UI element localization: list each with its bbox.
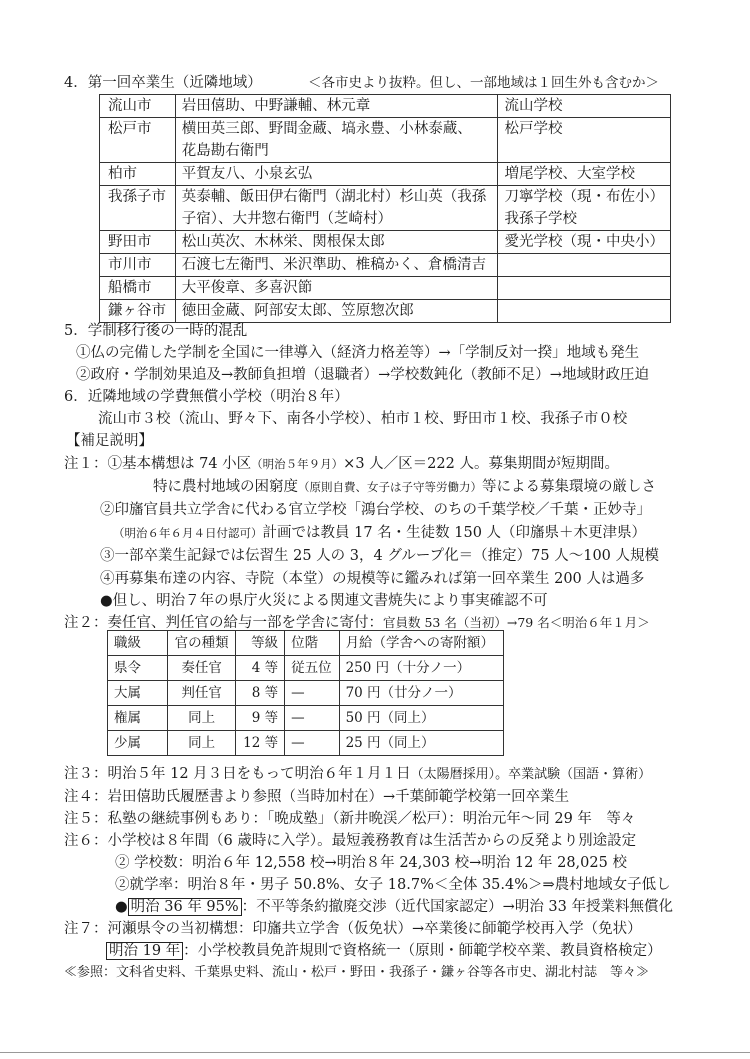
section5-item-2: ②政府・学制効果追及→教師負担増（退職者）→学校数鈍化（教師不足）→地域財政圧迫 — [76, 365, 649, 385]
school-cell: 増尾学校、大室学校 — [498, 163, 671, 186]
note1-line4: （明治６年６月４日付認可）計画では教員 17 名・生徒数 150 人（印旛県＋木… — [113, 523, 646, 543]
note4-line: 注４：岩田僖助氏履歴書より参照（当時加村在）→千葉師範学校第一回卒業生 — [64, 787, 569, 807]
note3-small: （太陽暦採用）。卒業試験（国語・算術） — [411, 767, 652, 782]
graduate-names-line: 花島勘右衛門 — [182, 140, 492, 162]
school-line: 我孫子学校 — [504, 208, 664, 230]
note6-line3: ②就学率：明治８年・男子 50.8%、女子 18.7%＜全体 35.4%＞⇒農村… — [115, 875, 671, 895]
note7-l1: 河瀬県令の当初構想：印旛共立学舎（仮免状）→卒業後に師範学校再入学（免状） — [108, 921, 642, 937]
salary-cell: 奏任官 — [168, 656, 236, 681]
note1-l1-rest: ×3 人／区＝222 人。募集期間が短期間。 — [343, 456, 619, 472]
note4-label: 注４： — [64, 789, 108, 805]
note6-label: 注６： — [64, 833, 108, 849]
bullet-icon: ● — [115, 899, 128, 915]
graduate-names-line: 横田英三郎、野間金蔵、塙永豊、小林泰蔵、 — [182, 118, 492, 140]
note2-label: 注２： — [64, 615, 108, 631]
salary-cell: 8 等 — [236, 681, 285, 706]
school-line — [504, 277, 664, 299]
note1-line5: ③一部卒業生記録では伝習生 25 人の 3，4 グループ化＝（推定）75 人～1… — [100, 546, 659, 566]
note1-l1-text: ①基本構想は 74 小区 — [108, 456, 252, 472]
note7-line2: 明治 19 年：小学校教員免許規則で資格統一（原則・師範学校卒業、教員資格検定） — [106, 941, 662, 961]
salary-cell: 70 円（廿分ノ一） — [339, 681, 503, 706]
salary-cell: — — [285, 731, 339, 756]
graduates-row: 柏市平賀友八、小泉玄弘増尾学校、大室学校 — [100, 163, 671, 186]
note7-l2-rest: ：小学校教員免許規則で資格統一（原則・師範学校卒業、教員資格検定） — [183, 943, 662, 959]
city-cell: 野田市 — [100, 231, 176, 254]
note4-text: 岩田僖助氏履歴書より参照（当時加村在）→千葉師範学校第一回卒業生 — [108, 789, 570, 805]
school-cell: 愛光学校（現・中央小） — [498, 231, 671, 254]
salary-cell: 同上 — [168, 731, 236, 756]
salary-cell: 50 円（同上） — [339, 706, 503, 731]
salary-cell: 4 等 — [236, 656, 285, 681]
graduate-names-cell: 大平俊章、多喜沢節 — [175, 277, 498, 300]
city-cell: 柏市 — [100, 163, 176, 186]
graduate-names-cell: 石渡七左衛門、米沢準助、椎稿かく、倉橋清吉 — [175, 254, 498, 277]
graduate-names-cell: 英泰輔、飯田伊右衛門（湖北村）杉山英（我孫子宿）、大井惣右衛門（芝崎村） — [175, 186, 498, 231]
salary-cell: 12 等 — [236, 731, 285, 756]
note6-line1: 注６：小学校は８年間（6 歳時に入学）。最短義務教育は生活苦からの反発より別途設… — [64, 831, 636, 851]
salary-cell: 従五位 — [285, 656, 339, 681]
section4-title: 4．第一回卒業生（近隣地域） — [64, 75, 262, 91]
graduate-names-line: 松山英次、木林栄、関根保太郎 — [182, 231, 492, 253]
city-cell: 市川市 — [100, 254, 176, 277]
graduates-row: 我孫子市英泰輔、飯田伊右衛門（湖北村）杉山英（我孫子宿）、大井惣右衛門（芝崎村）… — [100, 186, 671, 231]
note6-boxed-highlight: 明治 36 年 95% — [128, 898, 242, 916]
note5-line: 注５：私塾の継続事例もあり：「晩成塾」（新井晩渓／松戸）：明治元年～同 29 年… — [64, 809, 635, 829]
graduates-row: 松戸市横田英三郎、野間金蔵、塙永豊、小林泰蔵、花島勘右衛門松戸学校 — [100, 118, 671, 163]
salary-header-cell: 位階 — [285, 631, 339, 656]
graduates-table: 流山市岩田僖助、中野謙輔、林元章流山学校松戸市横田英三郎、野間金蔵、塙永豊、小林… — [99, 94, 671, 323]
school-cell — [498, 277, 671, 300]
salary-row: 県令奏任官4 等従五位250 円（十分ノ一） — [108, 656, 504, 681]
salary-cell: — — [285, 706, 339, 731]
note2-text: 奏任官、判任官の給与一部を学舎に寄付： — [108, 615, 384, 631]
section6-heading: 6．近隣地域の学費無償小学校（明治８年） — [64, 387, 349, 407]
school-line: 松戸学校 — [504, 118, 664, 140]
graduate-names-line: 子宿）、大井惣右衛門（芝崎村） — [182, 208, 492, 230]
supplement-heading: 【補足説明】 — [66, 431, 153, 451]
school-line — [504, 254, 664, 276]
note6-line2: ② 学校数：明治６年 12,558 校→明治８年 24,303 校→明治 12 … — [115, 853, 627, 873]
note3-label: 注３： — [64, 766, 108, 782]
note6-l1: 小学校は８年間（6 歳時に入学）。最短義務教育は生活苦からの反発より別途設定 — [108, 833, 637, 849]
salary-row: 少属同上12 等—25 円（同上） — [108, 731, 504, 756]
graduates-row: 鎌ヶ谷市徳田金蔵、阿部安太郎、笠原惣次郎 — [100, 300, 671, 323]
school-line — [504, 300, 664, 322]
note3-line: 注３：明治５年 12 月３日をもって明治６年１月１日（太陽暦採用）。卒業試験（国… — [64, 764, 651, 785]
section6-body: 流山市３校（流山、野々下、南各小学校）、柏市１校、野田市１校、我孫子市０校 — [98, 409, 627, 429]
note7-boxed-highlight: 明治 19 年 — [106, 942, 183, 960]
note7-line1: 注７：河瀬県令の当初構想：印旛共立学舎（仮免状）→卒業後に師範学校再入学（免状） — [64, 919, 642, 939]
note1-label: 注１： — [64, 456, 108, 472]
school-cell — [498, 300, 671, 323]
school-line: 愛光学校（現・中央小） — [504, 231, 664, 253]
city-cell: 我孫子市 — [100, 186, 176, 231]
city-cell: 松戸市 — [100, 118, 176, 163]
note1-line7: ●但し、明治７年の県庁火災による関連文書焼失により事実確認不可 — [100, 591, 548, 611]
graduates-row: 市川市石渡七左衛門、米沢準助、椎稿かく、倉橋清吉 — [100, 254, 671, 277]
graduate-names-cell: 松山英次、木林栄、関根保太郎 — [175, 231, 498, 254]
graduate-names-line: 石渡七左衛門、米沢準助、椎稿かく、倉橋清吉 — [182, 254, 492, 276]
note1-l2b: 等による募集環境の厳しさ — [482, 479, 656, 495]
city-cell: 鎌ヶ谷市 — [100, 300, 176, 323]
salary-table: 職級官の種類等級位階月給（学舎への寄附額）県令奏任官4 等従五位250 円（十分… — [107, 630, 504, 756]
note1-l4-rest: 計画では教員 17 名・生徒数 150 人（印旛県＋木更津県） — [263, 525, 647, 541]
salary-cell: 9 等 — [236, 706, 285, 731]
salary-cell: 権属 — [108, 706, 168, 731]
note1-l2-small: （原則自費、女子は子守等労働力） — [298, 480, 482, 494]
page-bottom-rule — [0, 1052, 750, 1053]
graduates-row: 船橋市大平俊章、多喜沢節 — [100, 277, 671, 300]
note2-text-small: 官員数 53 名（当初）→79 名＜明治６年１月＞ — [383, 615, 650, 630]
salary-header-cell: 職級 — [108, 631, 168, 656]
note1-line3: ②印旛官員共立学舎に代わる官立学校「鴻台学校、のちの千葉学校／千葉・正妙寺」 — [100, 500, 651, 520]
salary-header-row: 職級官の種類等級位階月給（学舎への寄附額） — [108, 631, 504, 656]
city-cell: 船橋市 — [100, 277, 176, 300]
graduate-names-cell: 平賀友八、小泉玄弘 — [175, 163, 498, 186]
school-line: 増尾学校、大室学校 — [504, 163, 664, 185]
note5-text: 私塾の継続事例もあり：「晩成塾」（新井晩渓／松戸）：明治元年～同 29 年 等々 — [108, 811, 636, 827]
section5-item-1: ①仏の完備した学制を全国に一律導入（経済力格差等）→「学制反対一揆」地域も発生 — [76, 343, 639, 363]
graduate-names-line: 岩田僖助、中野謙輔、林元章 — [182, 95, 492, 117]
graduate-names-line: 大平俊章、多喜沢節 — [182, 277, 492, 299]
city-cell: 流山市 — [100, 95, 176, 118]
salary-cell: 大属 — [108, 681, 168, 706]
graduate-names-cell: 岩田僖助、中野謙輔、林元章 — [175, 95, 498, 118]
note1-line2: 特に農村地域の困窮度（原則自費、女子は子守等労働力）等による募集環境の厳しさ — [153, 477, 656, 497]
references-line: ≪参照：文科省史料、千葉県史料、流山・松戸・野田・我孫子・鎌ヶ谷等各市史、湖北村… — [64, 963, 649, 983]
salary-cell: 判任官 — [168, 681, 236, 706]
note1-l1-small: （明治５年９月） — [251, 457, 343, 471]
graduates-row: 野田市松山英次、木林栄、関根保太郎愛光学校（現・中央小） — [100, 231, 671, 254]
note5-label: 注５： — [64, 811, 108, 827]
salary-row: 権属同上9 等—50 円（同上） — [108, 706, 504, 731]
graduate-names-cell: 横田英三郎、野間金蔵、塙永豊、小林泰蔵、花島勘右衛門 — [175, 118, 498, 163]
school-cell: 流山学校 — [498, 95, 671, 118]
graduate-names-line: 英泰輔、飯田伊右衛門（湖北村）杉山英（我孫 — [182, 186, 492, 208]
salary-cell: 同上 — [168, 706, 236, 731]
school-line: 刀寧学校（現・布佐小） — [504, 186, 664, 208]
note1-line1: 注１：①基本構想は 74 小区（明治５年９月）×3 人／区＝222 人。募集期間… — [64, 454, 619, 474]
salary-cell: 250 円（十分ノ一） — [339, 656, 503, 681]
section4-source-note: ＜各市史より抜粋。但し、一部地域は１回生外も含むか＞ — [308, 73, 659, 93]
note1-l2a: 特に農村地域の困窮度 — [153, 479, 298, 495]
graduate-names-line: 徳田金蔵、阿部安太郎、笠原惣次郎 — [182, 300, 492, 322]
salary-row: 大属判任官8 等—70 円（廿分ノ一） — [108, 681, 504, 706]
salary-cell: 県令 — [108, 656, 168, 681]
graduate-names-cell: 徳田金蔵、阿部安太郎、笠原惣次郎 — [175, 300, 498, 323]
salary-header-cell: 等級 — [236, 631, 285, 656]
salary-header-cell: 官の種類 — [168, 631, 236, 656]
salary-cell: — — [285, 681, 339, 706]
note6-line4: ●明治 36 年 95%：不平等条約撤廃交渉（近代国家認定）→明治 33 年授業… — [115, 897, 673, 917]
section4-heading: 4．第一回卒業生（近隣地域） — [64, 73, 262, 93]
school-cell: 松戸学校 — [498, 118, 671, 163]
note6-l4-rest: ：不平等条約撤廃交渉（近代国家認定）→明治 33 年授業料無償化 — [242, 899, 673, 915]
section5-heading: 5．学制移行後の一時的混乱 — [64, 321, 247, 341]
note3-text: 明治５年 12 月３日をもって明治６年１月１日 — [108, 766, 411, 782]
school-cell — [498, 254, 671, 277]
salary-cell: 25 円（同上） — [339, 731, 503, 756]
salary-cell: 少属 — [108, 731, 168, 756]
note7-label: 注７： — [64, 921, 108, 937]
note1-l4-small: （明治６年６月４日付認可） — [113, 526, 263, 540]
school-cell: 刀寧学校（現・布佐小）我孫子学校 — [498, 186, 671, 231]
salary-header-cell: 月給（学舎への寄附額） — [339, 631, 503, 656]
school-line: 流山学校 — [504, 95, 664, 117]
graduates-row: 流山市岩田僖助、中野謙輔、林元章流山学校 — [100, 95, 671, 118]
note1-line6: ④再募集布達の内容、寺院（本堂）の規模等に鑑みれば第一回卒業生 200 人は過多 — [100, 569, 644, 589]
graduate-names-line: 平賀友八、小泉玄弘 — [182, 163, 492, 185]
